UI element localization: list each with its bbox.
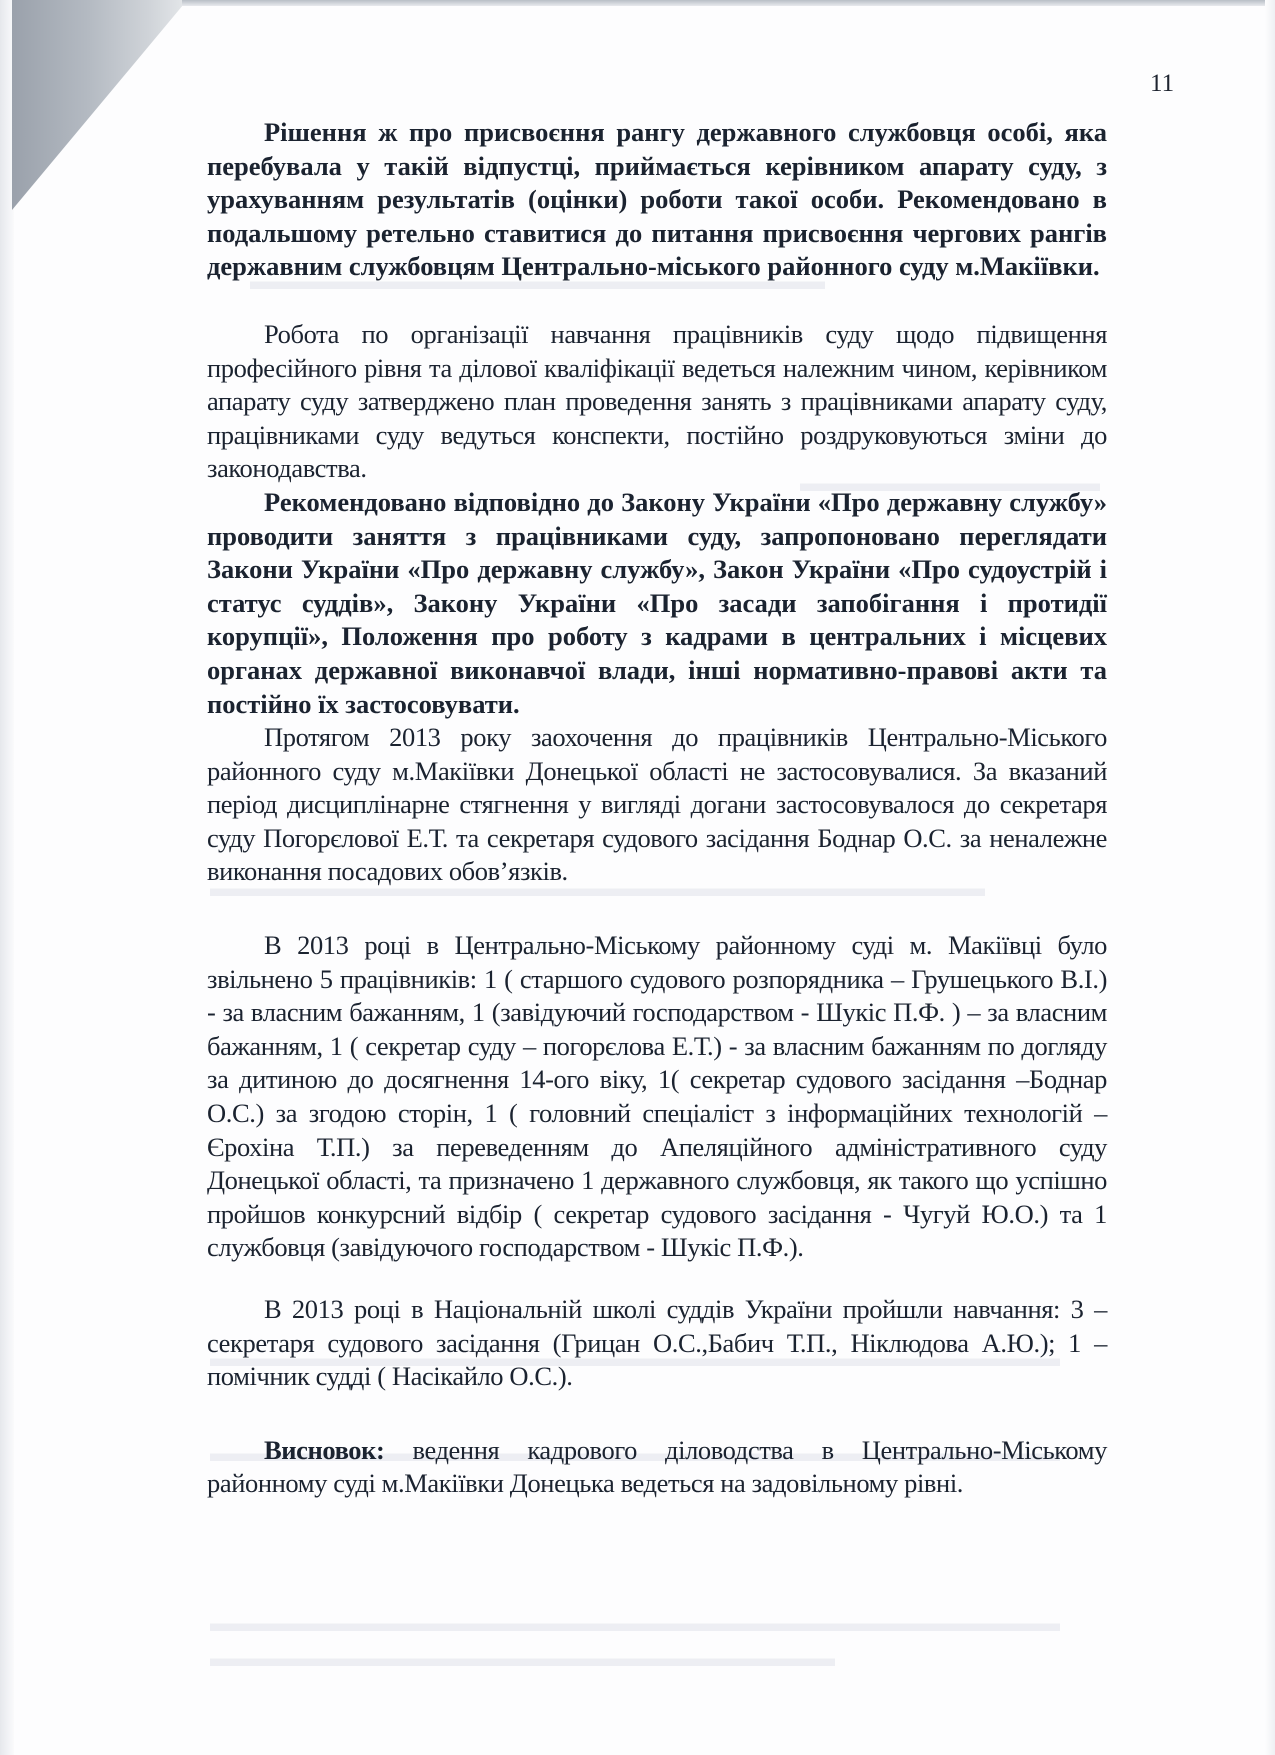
paragraph-training-work: Робота по організації навчання працівник… (207, 318, 1107, 486)
paragraph-incentives-discipline: Протягом 2013 року заохочення до працівн… (207, 721, 1107, 889)
folded-corner-shadow (12, 0, 182, 210)
paragraph-law-recommendation: Рекомендовано відповідно до Закону Украї… (207, 486, 1107, 721)
paragraph-dismissals: В 2013 році в Центрально-Міському районн… (207, 929, 1107, 1265)
page-right-edge (1265, 0, 1275, 1755)
paragraph-conclusion: Висновок: ведення кадрового діловодства … (207, 1434, 1107, 1501)
conclusion-label: Висновок: (264, 1435, 384, 1465)
page-number: 11 (1150, 70, 1174, 98)
document-body: Рішення ж про присвоєння рангу державног… (207, 116, 1107, 1501)
scan-top-shadow (180, 0, 1275, 6)
paragraph-rank-decision: Рішення ж про присвоєння рангу державног… (207, 116, 1107, 284)
bleed-through-text: ▬▬▬▬▬▬▬▬▬▬▬▬▬▬▬▬▬▬▬▬▬▬▬▬▬ (210, 1645, 835, 1673)
bleed-through-text: ▬▬▬▬▬▬▬▬▬▬▬▬▬▬▬▬▬▬▬▬▬▬▬▬▬▬▬▬▬▬▬▬▬▬ (210, 1610, 1060, 1638)
paragraph-national-school: В 2013 році в Національній школі суддів … (207, 1293, 1107, 1394)
page-stack-edge (0, 0, 14, 1755)
scanned-page: ▬▬▬▬▬▬▬▬▬▬▬▬▬▬▬▬▬▬▬▬▬▬▬ ▬▬▬▬▬▬▬▬▬▬▬▬ ▬▬▬… (0, 0, 1275, 1755)
